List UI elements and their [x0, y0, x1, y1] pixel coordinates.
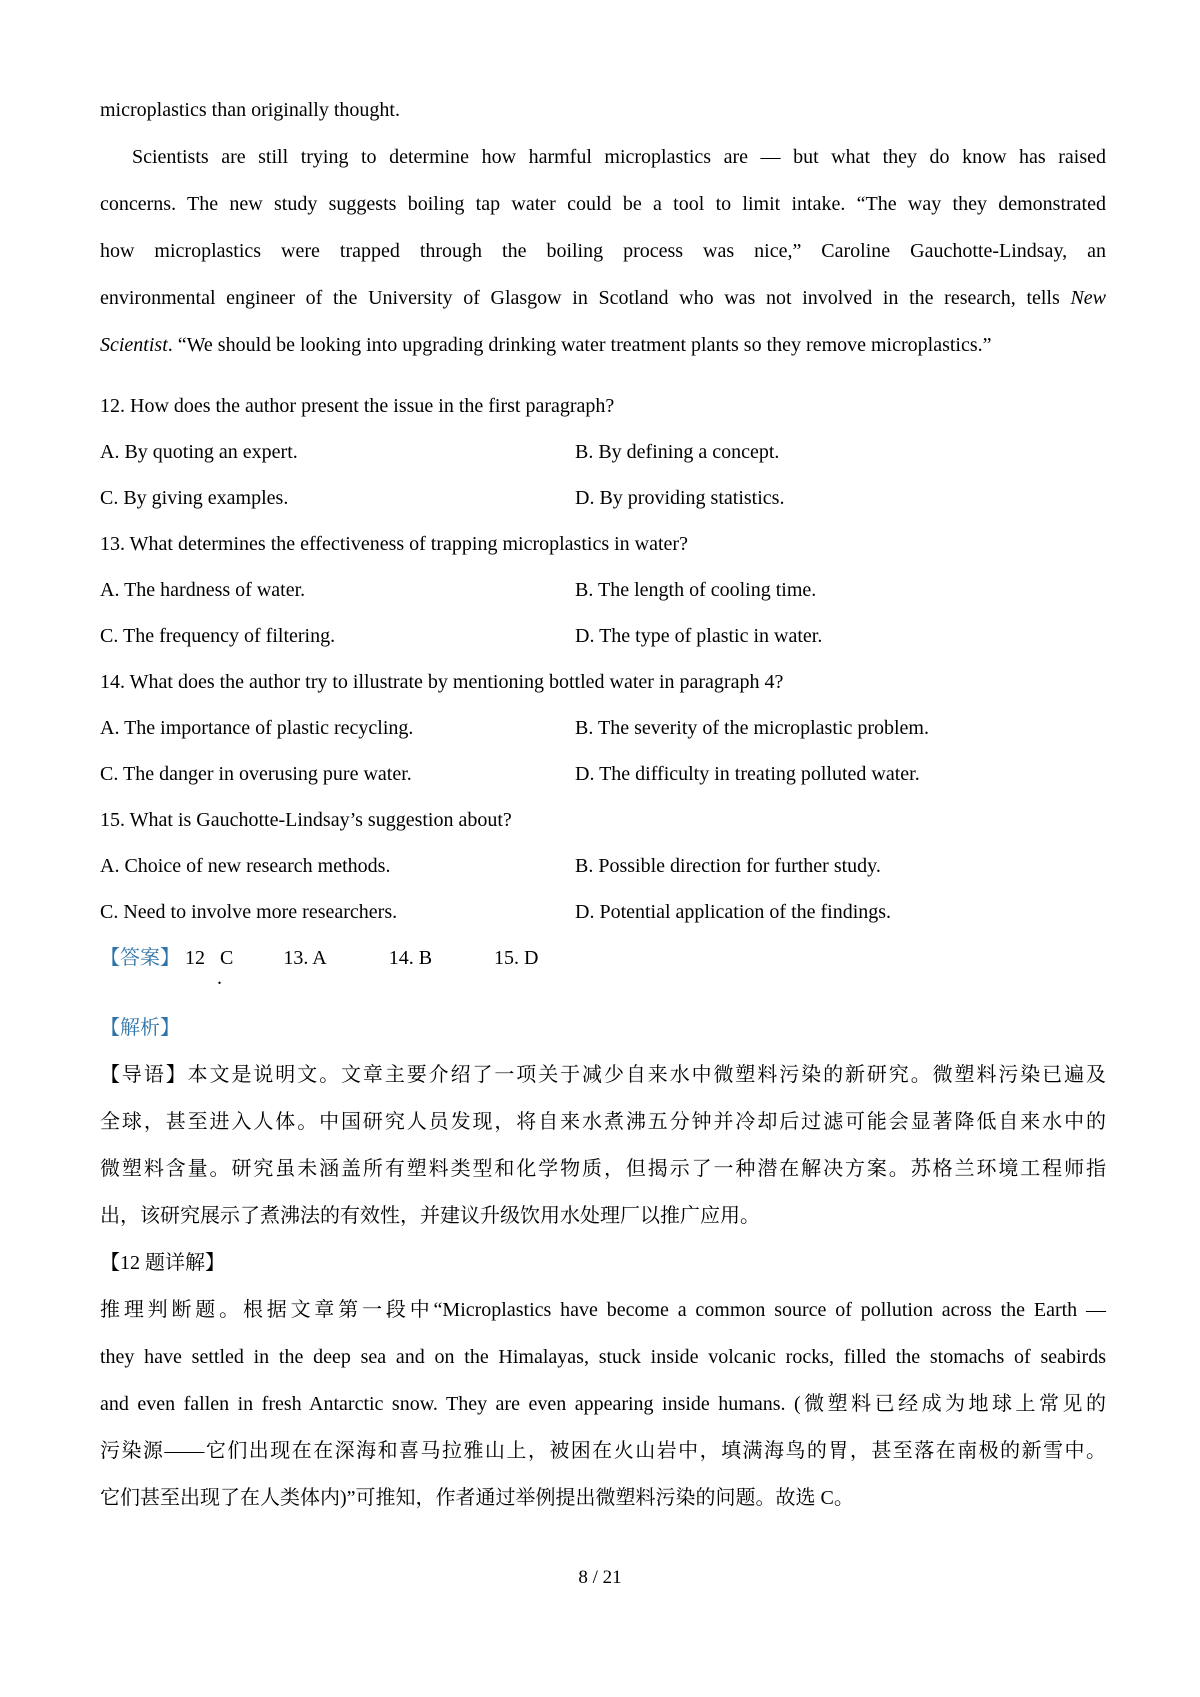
passage-paragraph1-last-line: microplastics than originally thought. [100, 87, 1106, 134]
intro-line: 全球，甚至进入人体。中国研究人员发现，将自来水煮沸五分钟并冷却后过滤可能会显著降… [100, 1099, 1106, 1146]
passage-line: environmental engineer of the University… [100, 275, 1106, 322]
detail-line: they have settled in the deep sea and on… [100, 1334, 1106, 1381]
reading-passage: microplastics than originally thought. S… [100, 87, 1106, 369]
passage-line: how microplastics were trapped through t… [100, 228, 1106, 275]
question-12-stem: 12. How does the author present the issu… [100, 383, 1106, 429]
document-page: microplastics than originally thought. S… [100, 87, 1106, 1522]
passage-line: Scientists are still trying to determine… [100, 134, 1106, 181]
detail-line: and even fallen in fresh Antarctic snow.… [100, 1381, 1106, 1428]
intro-line: 【导语】本文是说明文。文章主要介绍了一项关于减少自来水中微塑料污染的新研究。微塑… [100, 1052, 1106, 1099]
analysis-section: 【解析】 【导语】本文是说明文。文章主要介绍了一项关于减少自来水中微塑料污染的新… [100, 1005, 1106, 1522]
passage-text: . “We should be looking into upgrading d… [168, 334, 992, 356]
option-b: B. The length of cooling time. [575, 567, 1106, 613]
passage-line: concerns. The new study suggests boiling… [100, 181, 1106, 228]
question-12-detail-label: 【12 题详解】 [100, 1240, 1106, 1287]
question-13-options-ab: A. The hardness of water. B. The length … [100, 567, 1106, 613]
option-d: D. The type of plastic in water. [575, 613, 1106, 659]
answer-q15: 15. D [494, 935, 538, 981]
passage-text: environmental engineer of the University… [100, 287, 1070, 309]
question-15-options-cd: C. Need to involve more researchers. D. … [100, 889, 1106, 935]
option-a: A. The importance of plastic recycling. [100, 705, 575, 751]
question-12-detail-paragraph: 推理判断题。根据文章第一段中“Microplastics have become… [100, 1287, 1106, 1522]
option-b: B. Possible direction for further study. [575, 843, 1106, 889]
detail-line: 它们甚至出现了在人类体内)”可推知，作者通过举例提出微塑料污染的问题。故选 C。 [100, 1475, 1106, 1522]
option-a: A. Choice of new research methods. [100, 843, 575, 889]
analysis-intro-paragraph: 【导语】本文是说明文。文章主要介绍了一项关于减少自来水中微塑料污染的新研究。微塑… [100, 1052, 1106, 1240]
intro-line: 微塑料含量。研究虽未涵盖所有塑料类型和化学物质，但揭示了一种潜在解决方案。苏格兰… [100, 1146, 1106, 1193]
option-a: A. By quoting an expert. [100, 429, 575, 475]
answer-q14: 14. B [389, 935, 432, 981]
option-d: D. By providing statistics. [575, 475, 1106, 521]
option-c: C. By giving examples. [100, 475, 575, 521]
option-c: C. The danger in overusing pure water. [100, 751, 575, 797]
question-14-stem: 14. What does the author try to illustra… [100, 659, 1106, 705]
question-12-options-cd: C. By giving examples. D. By providing s… [100, 475, 1106, 521]
question-15-options-ab: A. Choice of new research methods. B. Po… [100, 843, 1106, 889]
magazine-title-italic: Scientist [100, 334, 168, 356]
question-14-options-ab: A. The importance of plastic recycling. … [100, 705, 1106, 751]
question-13-stem: 13. What determines the effectiveness of… [100, 521, 1106, 567]
answer-q12-choice: C [220, 935, 233, 981]
detail-line: 污染源——它们出现在在深海和喜马拉雅山上，被困在火山岩中，填满海鸟的胃，甚至落在… [100, 1428, 1106, 1475]
analysis-section-label: 【解析】 [100, 1005, 1106, 1052]
question-13-options-cd: C. The frequency of filtering. D. The ty… [100, 613, 1106, 659]
answer-key-line: 【答案】12C13. A14. B15. D . [100, 935, 1106, 981]
answer-q13: 13. A [283, 935, 326, 981]
option-c: C. The frequency of filtering. [100, 613, 575, 659]
magazine-title-italic: New [1070, 287, 1106, 309]
question-12-options-ab: A. By quoting an expert. B. By defining … [100, 429, 1106, 475]
intro-line: 出，该研究展示了煮沸法的有效性，并建议升级饮用水处理厂以推广应用。 [100, 1193, 1106, 1240]
page-number-indicator: 8 / 21 [0, 1566, 1200, 1590]
option-b: B. The severity of the microplastic prob… [575, 705, 1106, 751]
option-d: D. Potential application of the findings… [575, 889, 1106, 935]
option-c: C. Need to involve more researchers. [100, 889, 575, 935]
answer-label: 【答案】 [100, 947, 180, 969]
question-15-stem: 15. What is Gauchotte-Lindsay’s suggesti… [100, 797, 1106, 843]
passage-line: Scientist. “We should be looking into up… [100, 322, 1106, 369]
questions-section: 12. How does the author present the issu… [100, 383, 1106, 981]
question-14-options-cd: C. The danger in overusing pure water. D… [100, 751, 1106, 797]
detail-line: 推理判断题。根据文章第一段中“Microplastics have become… [100, 1287, 1106, 1334]
stray-period-mark: . [217, 973, 222, 983]
option-a: A. The hardness of water. [100, 567, 575, 613]
answer-q12-number: 12 [185, 935, 205, 981]
option-b: B. By defining a concept. [575, 429, 1106, 475]
option-d: D. The difficulty in treating polluted w… [575, 751, 1106, 797]
